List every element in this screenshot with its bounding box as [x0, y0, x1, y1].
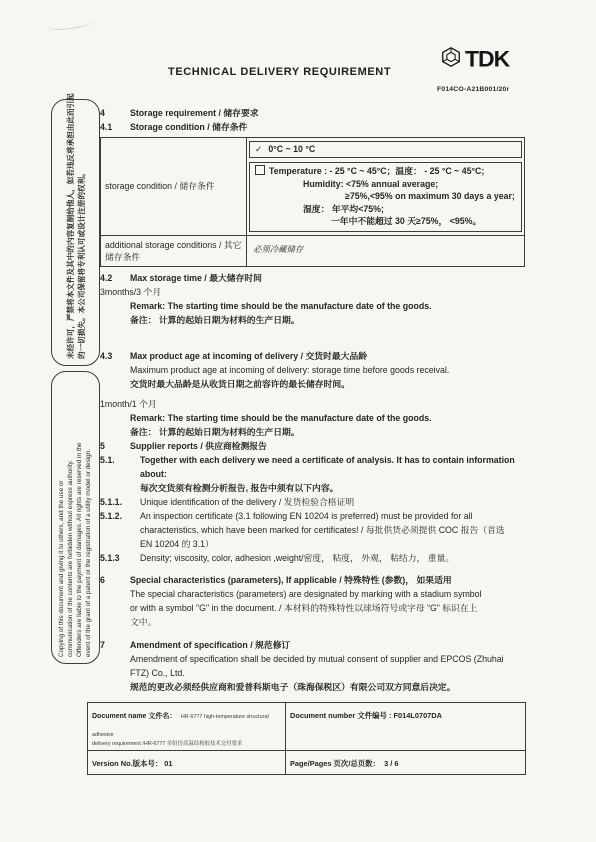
confidentiality-en-line2: communication of the contents are forbid…	[67, 379, 76, 657]
section-5-1-line2: about:	[100, 467, 528, 481]
section-4-3-line2: 交货时最大品龄是从收货日期之前容许的最长储存时间。	[100, 377, 528, 391]
section-7-line1: Amendment of specification shall be deci…	[100, 652, 528, 666]
storage-option1-text: 0°C ~ 10 °C	[268, 144, 315, 154]
section-4-3-remark-zh: 备注： 计算的起始日期为材料的生产日期。	[100, 425, 528, 439]
section-5-1-line3: 每次交货须有检测分析报告, 报告中须有以下内容。	[100, 481, 528, 495]
storage-condition-options-cell: ✓0°C ~ 10 °C Temperature : - 25 °C ~ 45°…	[247, 138, 524, 235]
storage-option-checked: ✓0°C ~ 10 °C	[249, 141, 522, 158]
document-name-value-line2: delivery requirement /HR-6777 单组份高温结构胶技术…	[92, 741, 281, 748]
section-4-3-remark-en: Remark: The starting time should be the …	[100, 411, 528, 425]
document-title: TECHNICAL DELIVERY REQUIREMENT	[168, 66, 391, 78]
pages-value: 3 / 6	[384, 759, 398, 768]
confidentiality-zh-line2: 的一切损失。本公司保留将专利认可或设计注册的权利。	[76, 107, 87, 359]
version-label: Version No.版本号：	[92, 759, 162, 768]
section-6-line3: 文中。	[100, 615, 528, 629]
max-product-age-value: 1month/1 个月	[100, 397, 528, 411]
document-number-label: Document number 文件编号 :	[290, 711, 391, 720]
section-4-2-remark-en: Remark: The starting time should be the …	[100, 299, 528, 313]
version-cell: Version No.版本号： 01	[88, 750, 286, 774]
section-7-line2: FTZ) Co., Ltd.	[100, 666, 528, 680]
section-7-heading: 7Amendment of specification / 规范修订	[100, 638, 528, 652]
section-5-1-2-line3: EN 10204 的 3.1）	[100, 537, 528, 551]
section-4-heading: 4Storage requirement / 储存要求	[100, 106, 528, 120]
storage-condition-table: storage condition / 储存条件 ✓0°C ~ 10 °C Te…	[100, 137, 525, 267]
storage-option-unchecked: Temperature : - 25 °C ~ 45°C；温度： - 25 °C…	[249, 162, 522, 232]
header-document-reference: F014CO-A21B001/20r	[437, 86, 509, 93]
scanned-document-page: TECHNICAL DELIVERY REQUIREMENT TDK F014C…	[0, 0, 596, 842]
document-name-cell: Document name 文件名： HR-6777 high-temperat…	[88, 703, 286, 750]
checkbox-icon	[255, 165, 265, 175]
section-4-1-heading: 4.1Storage condition / 储存条件	[100, 120, 528, 134]
section-4-3-heading: 4.3Max product age at incoming of delive…	[100, 349, 528, 363]
section-4-2-heading: 4.2Max storage time / 最大储存时间	[100, 271, 528, 285]
confidentiality-en-line1: Copying of this document and giving it t…	[58, 379, 67, 657]
section-5-1-1: 5.1.1.Unique identification of the deliv…	[100, 495, 528, 509]
additional-storage-value-cell: 必须冷藏储存	[247, 235, 524, 266]
document-number-value: F014L0707DA	[393, 711, 441, 720]
section-5-heading: 5Supplier reports / 供应商检测报告	[100, 439, 528, 453]
additional-storage-label-cell: additional storage conditions / 其它储存条件	[101, 235, 247, 266]
section-5-1-2-line1: 5.1.2.An inspection certificate (3.1 fol…	[100, 509, 528, 523]
max-storage-time-value: 3months/3 个月	[100, 285, 528, 299]
document-number-cell: Document number 文件编号 : F014L0707DA	[286, 703, 525, 750]
section-4-3-line1: Maximum product age at incoming of deliv…	[100, 363, 528, 377]
tdk-logo: TDK	[440, 46, 509, 73]
section-6-line2: or with a symbol "G" in the document. / …	[100, 601, 528, 615]
checkmark-icon: ✓	[255, 144, 262, 154]
version-value: 01	[164, 759, 172, 768]
document-name-label: Document name 文件名：	[92, 713, 176, 720]
section-4-2-remark-zh: 备注： 计算的起始日期为材料的生产日期。	[100, 313, 528, 327]
section-5-1-2-line2: characteristics, which have been marked …	[100, 523, 528, 537]
tdk-emblem-icon	[440, 46, 462, 73]
section-6-line1: The special characteristics (parameters)…	[100, 587, 528, 601]
confidentiality-notice-chinese: 未经许可，严禁将本文件及其中的内容复制给他人，如若违反将承担由此而引起 的一切损…	[51, 99, 100, 366]
section-7-line3: 规范的更改必须经供应商和爱普科斯电子（珠海保税区）有限公司双方同意后决定。	[100, 680, 528, 694]
section-6-heading: 6Special characteristics (parameters), I…	[100, 573, 528, 587]
pages-label: Page/Pages 页次/总页数：	[290, 759, 380, 768]
section-5-1-line1: 5.1.Together with each delivery we need …	[100, 453, 528, 467]
confidentiality-zh-line1: 未经许可，严禁将本文件及其中的内容复制给他人，如若违反将承担由此而引起	[65, 107, 76, 359]
tdk-wordmark: TDK	[465, 47, 509, 73]
section-5-1-3: 5.1.3Density; viscosity, color, adhesion…	[100, 551, 528, 565]
scan-artifact-mark	[48, 16, 95, 32]
footer-document-info-table: Document name 文件名： HR-6777 high-temperat…	[87, 702, 526, 775]
confidentiality-notice-english: Copying of this document and giving it t…	[51, 371, 100, 664]
confidentiality-en-line4: event of the grant of a patent or the re…	[84, 379, 93, 657]
pages-cell: Page/Pages 页次/总页数： 3 / 6	[286, 750, 525, 774]
confidentiality-en-line3: Offenders are liable to the payment of d…	[76, 379, 85, 657]
document-body: 4Storage requirement / 储存要求 4.1Storage c…	[100, 106, 528, 717]
storage-condition-label-cell: storage condition / 储存条件	[101, 138, 247, 235]
